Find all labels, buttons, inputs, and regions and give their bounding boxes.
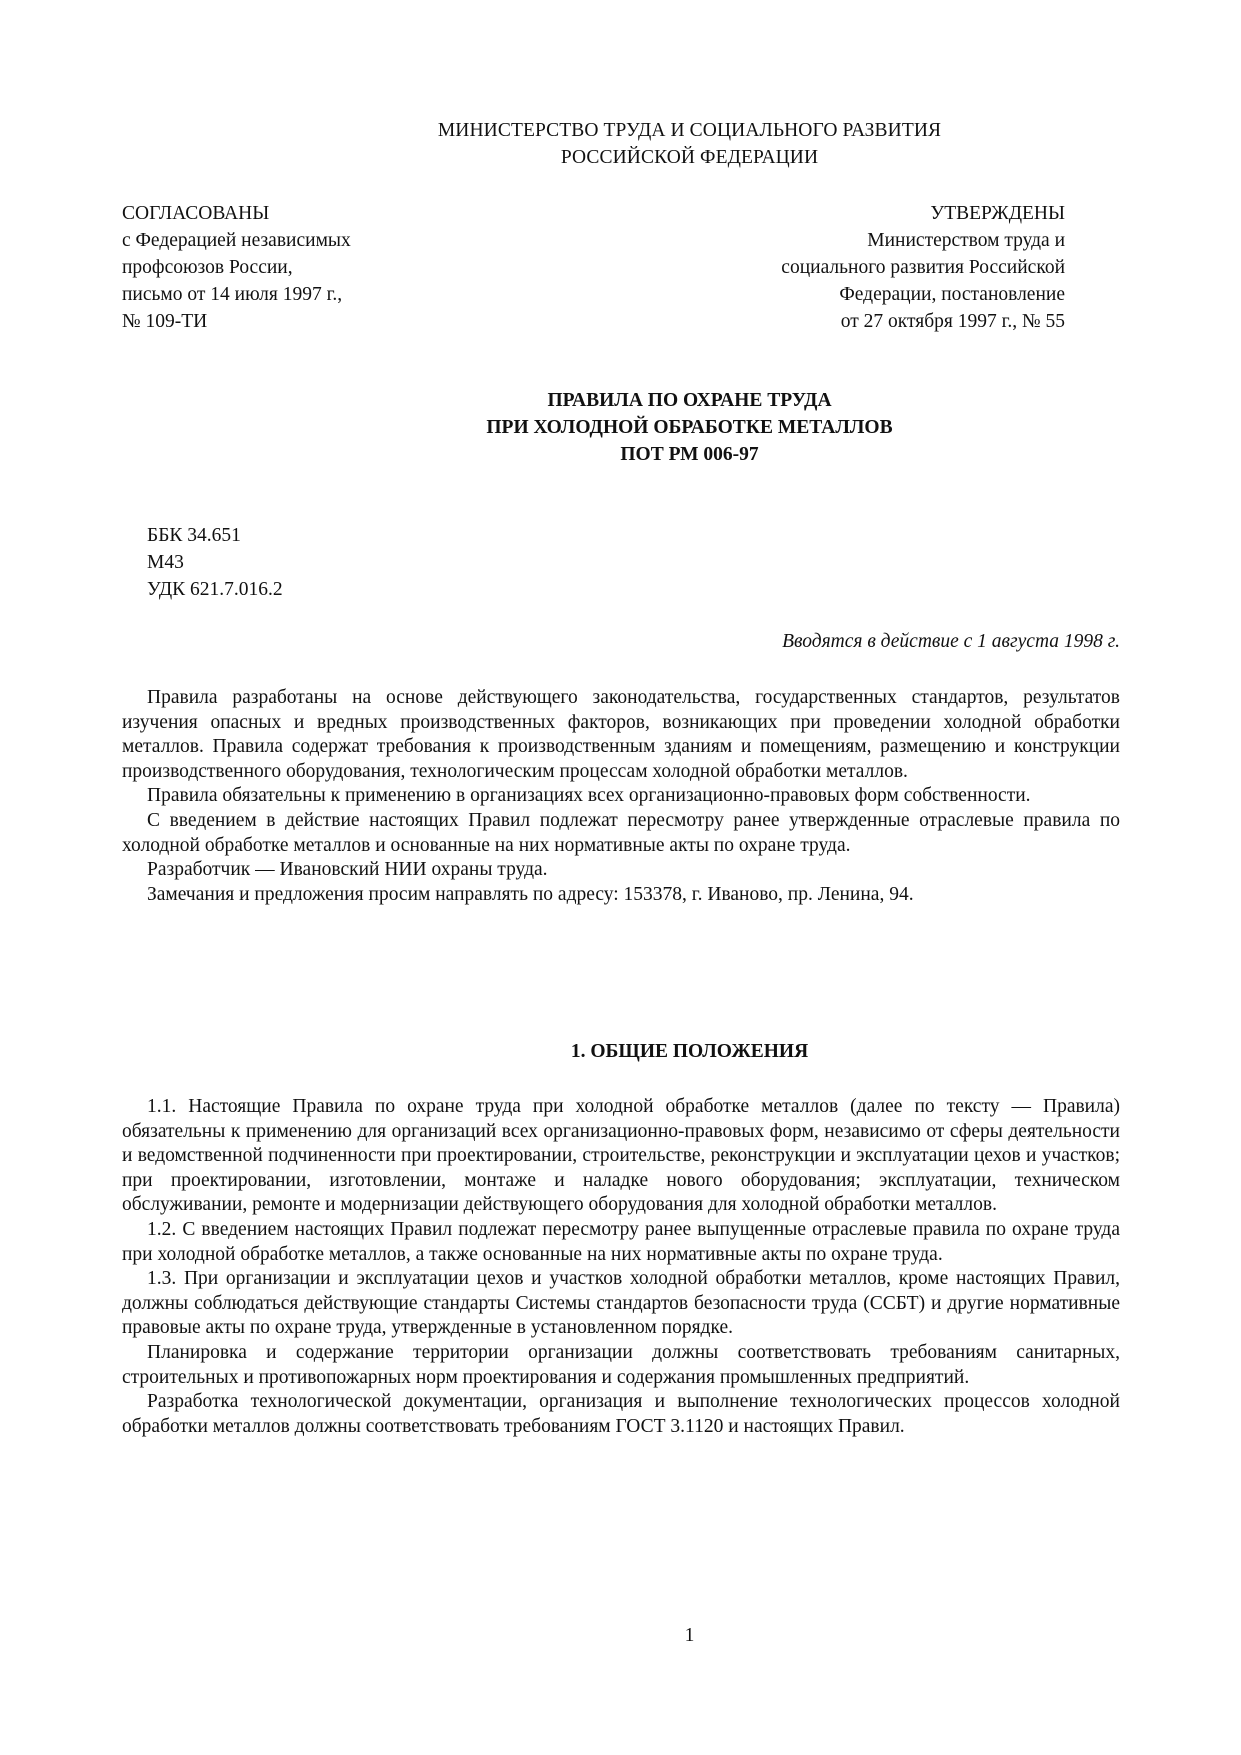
section-paragraph: 1.3. При организации и эксплуатации цехо…: [122, 1267, 1120, 1341]
section-paragraph: 1.2. С введением настоящих Правил подлеж…: [122, 1218, 1120, 1267]
approved-line: от 27 октября 1997 г., № 55: [781, 308, 1065, 335]
intro-paragraph: Разработчик — Ивановский НИИ охраны труд…: [122, 858, 1120, 883]
section-heading: 1. ОБЩИЕ ПОЛОЖЕНИЯ: [0, 1038, 1241, 1065]
author-mark: М43: [147, 549, 283, 576]
approved-line: Федерации, постановление: [781, 281, 1065, 308]
intro-text: Правила разработаны на основе действующе…: [122, 686, 1120, 907]
section-paragraph: Разработка технологической документации,…: [122, 1390, 1120, 1439]
ministry-line-1: МИНИСТЕРСТВО ТРУДА И СОЦИАЛЬНОГО РАЗВИТИ…: [138, 117, 1241, 144]
document-page: МИНИСТЕРСТВО ТРУДА И СОЦИАЛЬНОГО РАЗВИТИ…: [0, 0, 1241, 1755]
section-body: 1.1. Настоящие Правила по охране труда п…: [122, 1095, 1120, 1439]
udk-code: УДК 621.7.016.2: [147, 576, 283, 603]
intro-paragraph: Замечания и предложения просим направлят…: [122, 883, 1120, 908]
section-paragraph: 1.1. Настоящие Правила по охране труда п…: [122, 1095, 1120, 1218]
agreed-block: СОГЛАСОВАНЫ с Федерацией независимых про…: [122, 200, 351, 335]
intro-paragraph: Правила обязательны к применению в орган…: [122, 784, 1120, 809]
approved-block: УТВЕРЖДЕНЫ Министерством труда и социаль…: [781, 200, 1065, 335]
classification-codes: ББК 34.651 М43 УДК 621.7.016.2: [147, 522, 283, 603]
page-number-text: 1: [685, 1625, 695, 1646]
ministry-line-2: РОССИЙСКОЙ ФЕДЕРАЦИИ: [138, 144, 1241, 171]
title-line-3: ПОТ РМ 006-97: [138, 441, 1241, 468]
agreed-line: профсоюзов России,: [122, 254, 351, 281]
intro-paragraph: С введением в действие настоящих Правил …: [122, 809, 1120, 858]
agreed-line: письмо от 14 июля 1997 г.,: [122, 281, 351, 308]
title-line-1: ПРАВИЛА ПО ОХРАНЕ ТРУДА: [138, 387, 1241, 414]
bbk-code: ББК 34.651: [147, 522, 283, 549]
approved-title: УТВЕРЖДЕНЫ: [781, 200, 1065, 227]
section-paragraph: Планировка и содержание территории орган…: [122, 1341, 1120, 1390]
document-title: ПРАВИЛА ПО ОХРАНЕ ТРУДА ПРИ ХОЛОДНОЙ ОБР…: [0, 387, 1241, 468]
agreed-title: СОГЛАСОВАНЫ: [122, 200, 351, 227]
page-number: 1: [0, 1622, 1241, 1649]
effective-date: Вводятся в действие с 1 августа 1998 г.: [782, 628, 1120, 655]
section-heading-text: 1. ОБЩИЕ ПОЛОЖЕНИЯ: [571, 1041, 808, 1062]
agreed-line: № 109-ТИ: [122, 308, 351, 335]
agreed-line: с Федерацией независимых: [122, 227, 351, 254]
approved-line: Министерством труда и: [781, 227, 1065, 254]
approved-line: социального развития Российской: [781, 254, 1065, 281]
intro-paragraph: Правила разработаны на основе действующе…: [122, 686, 1120, 784]
ministry-header: МИНИСТЕРСТВО ТРУДА И СОЦИАЛЬНОГО РАЗВИТИ…: [0, 117, 1241, 171]
title-line-2: ПРИ ХОЛОДНОЙ ОБРАБОТКЕ МЕТАЛЛОВ: [138, 414, 1241, 441]
